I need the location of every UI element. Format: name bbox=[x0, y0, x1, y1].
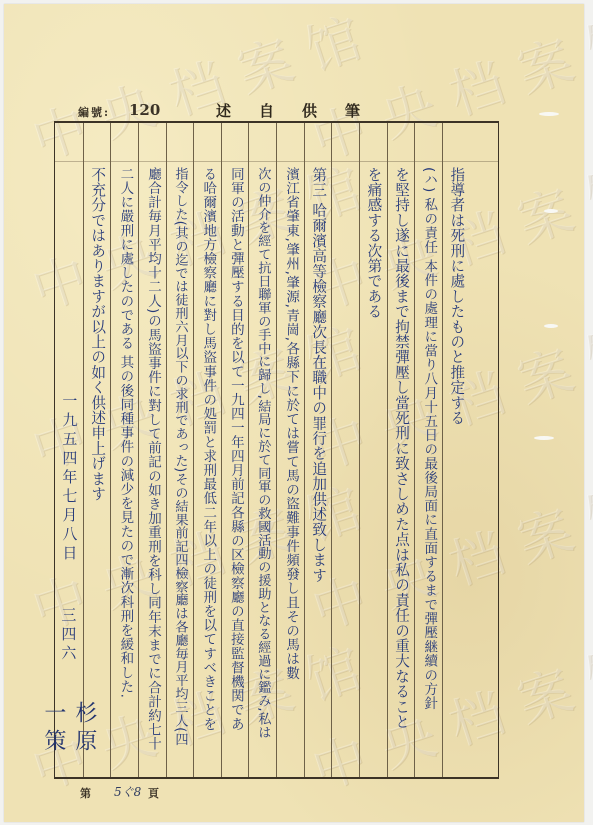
column-text: 指導者は死刑に處したものと推定する bbox=[449, 167, 464, 425]
page-number: 5ぐ8 bbox=[114, 783, 141, 800]
page-suffix: 頁 bbox=[148, 785, 159, 801]
manuscript-column: を痛感する次第である bbox=[359, 123, 387, 777]
manuscript-column: 不充分ではありますが以上の如く供述申上げます bbox=[83, 123, 111, 777]
manuscript-column bbox=[331, 123, 359, 777]
manuscript-column: 同軍の活動と彈壓する目的を以て一九四一年四月前記各縣の区檢察廳の直接監督機関であ bbox=[221, 123, 249, 777]
manuscript-column: 廳合計毎月平均十二人)の馬盜事件に對して前記の如き加重刑を科し同年末までに合計約… bbox=[138, 123, 166, 777]
manuscript-column: 二人に嚴刑に處したのである 其の後同種事件の減少を見たので漸次科刑を緩和した. bbox=[110, 123, 138, 777]
manuscript-column: 指令した(其の迄では徒刑六月以下の求刑であった)その結果前記四檢察廳は各廳毎月平… bbox=[166, 123, 194, 777]
paper-tear-mark bbox=[539, 112, 559, 116]
form-header: 編號: 120 筆供自述 bbox=[64, 100, 514, 122]
signature: 杉原一策 bbox=[38, 701, 100, 777]
paper-tear-mark bbox=[544, 209, 558, 213]
column-text: 同軍の活動と彈壓する目的を以て一九四一年四月前記各縣の区檢察廳の直接監督機関であ bbox=[228, 167, 242, 731]
manuscript-column: (ハ) 私の責任 本件の處理に當り八月十五日の最後局面に直面するまで彈壓継續の方… bbox=[414, 123, 442, 777]
column-text: る哈爾濱地方檢察廳に對し馬盜事件の処罰と求刑最低二年以上の徒刑を以てすべきことを bbox=[201, 167, 215, 731]
column-text: (ハ) 私の責任 本件の處理に當り八月十五日の最後局面に直面するまで彈壓継續の方… bbox=[422, 167, 436, 710]
column-text: 第三 哈爾濱高等檢察廳次長在職中の罪行を追加供述致します bbox=[311, 167, 326, 583]
manuscript-grid: 指導者は死刑に處したものと推定する(ハ) 私の責任 本件の處理に當り八月十五日の… bbox=[54, 121, 499, 779]
manuscript-column: る哈爾濱地方檢察廳に對し馬盜事件の処罰と求刑最低二年以上の徒刑を以てすべきことを bbox=[193, 123, 221, 777]
paper-tear-mark bbox=[544, 324, 558, 328]
prisoner-number: 三四六 bbox=[58, 607, 79, 664]
manuscript-column: 第三 哈爾濱高等檢察廳次長在職中の罪行を追加供述致します bbox=[304, 123, 332, 777]
page-prefix: 第 bbox=[80, 785, 91, 801]
page-footer: 第 5ぐ8 頁 bbox=[76, 783, 276, 803]
manuscript-column: 濱江省肇東,肇州,肇源,青崗,各縣下に於ては嘗て馬の盜難事件頻發し且その馬は數 bbox=[276, 123, 304, 777]
column-text: 二人に嚴刑に處したのである 其の後同種事件の減少を見たので漸次科刑を緩和した. bbox=[118, 167, 132, 698]
statement-date: 一九五四年七月八日 bbox=[61, 393, 76, 564]
column-text: 廳合計毎月平均十二人)の馬盜事件に對して前記の如き加重刑を科し同年末までに合計約… bbox=[145, 167, 159, 751]
column-text: 濱江省肇東,肇州,肇源,青崗,各縣下に於ては嘗て馬の盜難事件頻發し且その馬は數 bbox=[284, 167, 298, 680]
column-text: を痛感する次第である bbox=[366, 167, 381, 319]
column-text: を堅持し遂に最後まで拘禁彈壓し當死刑に致さしめた点は私の責任の重大なること bbox=[394, 167, 409, 729]
manuscript-column: 一九五四年七月八日三四六杉原一策 bbox=[55, 123, 83, 777]
column-text: 指令した(其の迄では徒刑六月以下の求刑であった)その結果前記四檢察廳は各廳毎月平… bbox=[173, 167, 186, 746]
column-text: 次の仲介を經て抗日聯軍の手中に歸し,結局に於て同軍の救國活動の援助となる經過に鑑… bbox=[256, 167, 269, 739]
serial-label: 編號: bbox=[78, 104, 110, 120]
form-title: 筆供自述 bbox=[216, 100, 388, 121]
paper-tear-mark bbox=[534, 436, 554, 440]
manuscript-column: を堅持し遂に最後まで拘禁彈壓し當死刑に致さしめた点は私の責任の重大なること bbox=[387, 123, 415, 777]
manuscript-column: 次の仲介を經て抗日聯軍の手中に歸し,結局に於て同軍の救國活動の援助となる經過に鑑… bbox=[248, 123, 276, 777]
column-text: 不充分ではありますが以上の如く供述申上げます bbox=[90, 167, 105, 501]
manuscript-column: 指導者は死刑に處したものと推定する bbox=[442, 123, 470, 777]
manuscript-column bbox=[469, 123, 497, 777]
serial-number: 120 bbox=[129, 101, 160, 119]
